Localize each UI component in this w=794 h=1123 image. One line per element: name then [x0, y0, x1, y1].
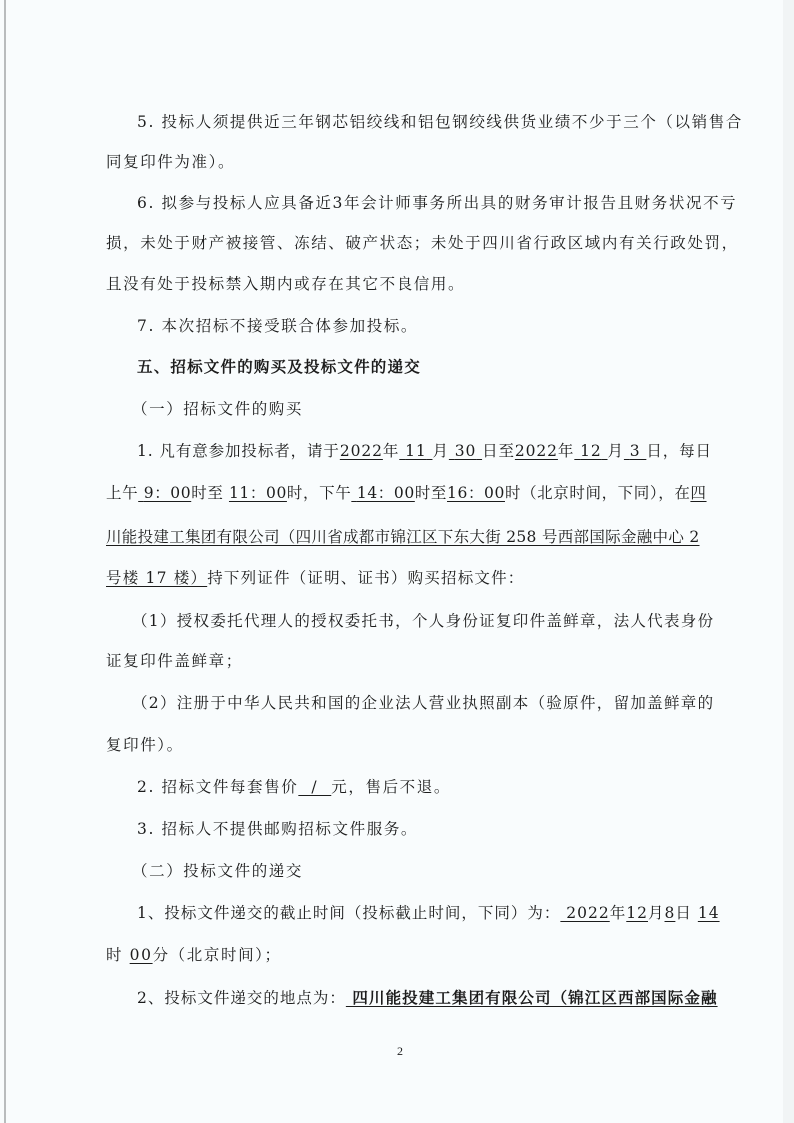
location-value: 四川能投建工集团有限公司（锦江区西部国际金融: [346, 989, 718, 1007]
month-label: 月: [608, 442, 624, 460]
location-lead: 2、投标文件递交的地点为：: [137, 989, 346, 1007]
purchase-lead: 1. 凡有意参加投标者，请于: [137, 442, 340, 460]
purchase-line-3: 川能投建工集团有限公司（四川省成都市锦江区下东大街 258 号西部国际金融中心 …: [106, 523, 694, 551]
scan-edge: [4, 0, 6, 1123]
deadline-month: 12: [626, 904, 648, 922]
deadline-day: 8: [665, 904, 676, 922]
cert-1-line-1: （1）授权委托代理人的授权委托书，个人身份证复印件盖鲜章，法人代表身份: [132, 607, 689, 635]
am-end: 11：00: [229, 484, 287, 502]
price-value: /: [298, 778, 331, 796]
para-7: 7. 本次招标不接受联合体参加投标。: [137, 312, 694, 340]
deadline-lead: 1、投标文件递交的截止时间（投标截止时间，下同）为：: [137, 904, 560, 922]
deadline-line-2: 时 00分（北京时间）；: [106, 941, 694, 969]
para-6-line-1: 6. 拟参与投标人应具备近3年会计师事务所出具的财务审计报告且财务状况不亏: [137, 189, 694, 217]
day-label: 日: [675, 904, 692, 922]
cert-2-line-1: （2）注册于中华人民共和国的企业法人营业执照副本（验原件，留加盖鲜章的: [132, 689, 689, 717]
pm-label: 时，下午: [287, 484, 351, 502]
end-year: 2022: [515, 442, 558, 460]
para-5-line-1: 5. 投标人须提供近三年钢芯铝绞线和铝包钢绞线供货业绩不少于三个（以销售合: [137, 108, 694, 136]
deadline-line-1: 1、投标文件递交的截止时间（投标截止时间，下同）为： 2022年12月8日 14: [137, 899, 694, 927]
deadline-minute: 00: [130, 946, 153, 964]
location-line: 2、投标文件递交的地点为： 四川能投建工集团有限公司（锦江区西部国际金融: [137, 984, 694, 1012]
hour-label: 时: [106, 946, 123, 964]
purchase-tail: 持下列证件（证明、证书）购买招标文件：: [207, 569, 524, 587]
subsection-1-heading: （一）招标文件的购买: [132, 395, 689, 423]
hour-to: 时至: [191, 484, 223, 502]
para-6-line-2: 损，未处于财产被接管、冻结、破产状态；未处于四川省行政区域内有关行政处罚，: [106, 229, 694, 257]
start-year: 2022: [340, 442, 383, 460]
subsection-2-heading: （二）投标文件的递交: [132, 857, 689, 885]
year-label: 年: [383, 442, 399, 460]
pm-start: 14：00: [351, 484, 414, 502]
scan-edge-right: [783, 0, 794, 1123]
deadline-year: 2022: [560, 904, 609, 922]
month-label: 月: [648, 904, 665, 922]
start-day: 30: [449, 442, 482, 460]
section-5-heading: 五、招标文件的购买及投标文件的递交: [137, 353, 694, 381]
end-month: 12: [574, 442, 607, 460]
purchase-place: 川能投建工集团有限公司（四川省成都市锦江区下东大街 258 号西部国际金融中心 …: [106, 528, 700, 546]
para-5-line-2: 同复印件为准）。: [106, 148, 694, 176]
price-line: 2. 招标文件每套售价 / 元，售后不退。: [137, 773, 694, 801]
day-to-label: 日至: [482, 442, 515, 460]
start-month: 11: [399, 442, 432, 460]
page-number: 2: [397, 1044, 403, 1059]
purchase-line-4: 号楼 17 楼）持下列证件（证明、证书）购买招标文件：: [106, 564, 694, 592]
price-tail: 元，售后不退。: [331, 778, 451, 796]
place-start: 四: [690, 484, 706, 502]
am-label: 上午: [106, 484, 138, 502]
year-label: 年: [558, 442, 574, 460]
purchase-place-end: 号楼 17 楼）: [106, 569, 207, 587]
am-start: 9：00: [138, 484, 191, 502]
end-day: 3: [624, 442, 646, 460]
pm-end: 16：00: [447, 484, 505, 502]
purchase-line-1: 1. 凡有意参加投标者，请于2022年 11 月 30 日至2022年 12 月…: [137, 437, 694, 465]
cert-1-line-2: 证复印件盖鲜章；: [106, 647, 694, 675]
month-label: 月: [432, 442, 448, 460]
price-lead: 2. 招标文件每套售价: [137, 778, 298, 796]
deadline-hour: 14: [698, 904, 720, 922]
mail-order-line: 3. 招标人不提供邮购招标文件服务。: [137, 815, 694, 843]
day-tail: 日，每日: [646, 442, 712, 460]
purchase-line-2: 上午 9：00时至 11：00时，下午 14：00时至16：00时（北京时间，下…: [106, 479, 694, 507]
deadline-tail: 分（北京时间）；: [153, 946, 282, 964]
cert-2-line-2: 复印件）。: [106, 731, 694, 759]
hour-to: 时至: [415, 484, 447, 502]
year-label: 年: [610, 904, 627, 922]
time-tail: 时（北京时间，下同），在: [505, 484, 690, 502]
para-6-line-3: 且没有处于投标禁入期内或存在其它不良信用。: [106, 270, 694, 298]
